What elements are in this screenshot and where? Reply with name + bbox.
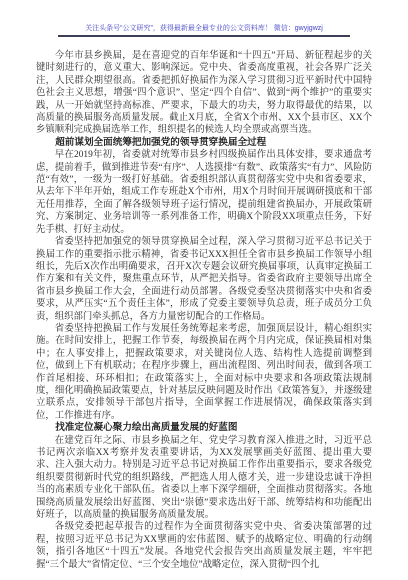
paragraph: 省委坚持把换届工作与发展任务统筹起来考虑，加强顶层设计，精心组织实施。在时间安排…	[36, 323, 372, 422]
paragraph: 在建党百年之际、市县乡换届之年、党史学习教育深入推进之时，习近平总书记两次亲临X…	[36, 435, 372, 522]
header-banner: 关注头条号“公文研究”，获得最新最全最专业的公文资料库！ 微信：gwyjgwzj	[58, 24, 350, 37]
section-heading: 找准定位凝心聚力绘出高质量发展的好蓝图	[36, 422, 372, 434]
paragraph: 今年市县乡换届，是在喜迎党的百年华诞和“十四五”开局、新征程起步的关键时刻进行的…	[36, 50, 372, 137]
section-heading: 超前谋划全面统筹把加强党的领导贯穿换届全过程	[36, 137, 372, 149]
document-body: 今年市县乡换届，是在喜迎党的百年华诞和“十四五”开局、新征程起步的关键时刻进行的…	[36, 50, 372, 571]
banner-notice-text: 关注头条号“公文研究”，获得最新最全最专业的公文资料库！ 微信：gwyjgwzj	[58, 24, 350, 33]
paragraph: 各级党委把起草报告的过程作为全面贯彻落实党中央、省委决策部署的过程，按照习近平总…	[36, 521, 372, 571]
paragraph: 省委坚持把加强党的领导贯穿换届全过程，深入学习贯彻习近平总书记关于换届工作的重要…	[36, 236, 372, 323]
document-page: 关注头条号“公文研究”，获得最新最全最专业的公文资料库！ 微信：gwyjgwzj…	[0, 0, 408, 580]
paragraph: 早在2019年初，省委就对统筹市县乡村四级换届作出具体安排，要求通盘考虑，提前着…	[36, 149, 372, 236]
